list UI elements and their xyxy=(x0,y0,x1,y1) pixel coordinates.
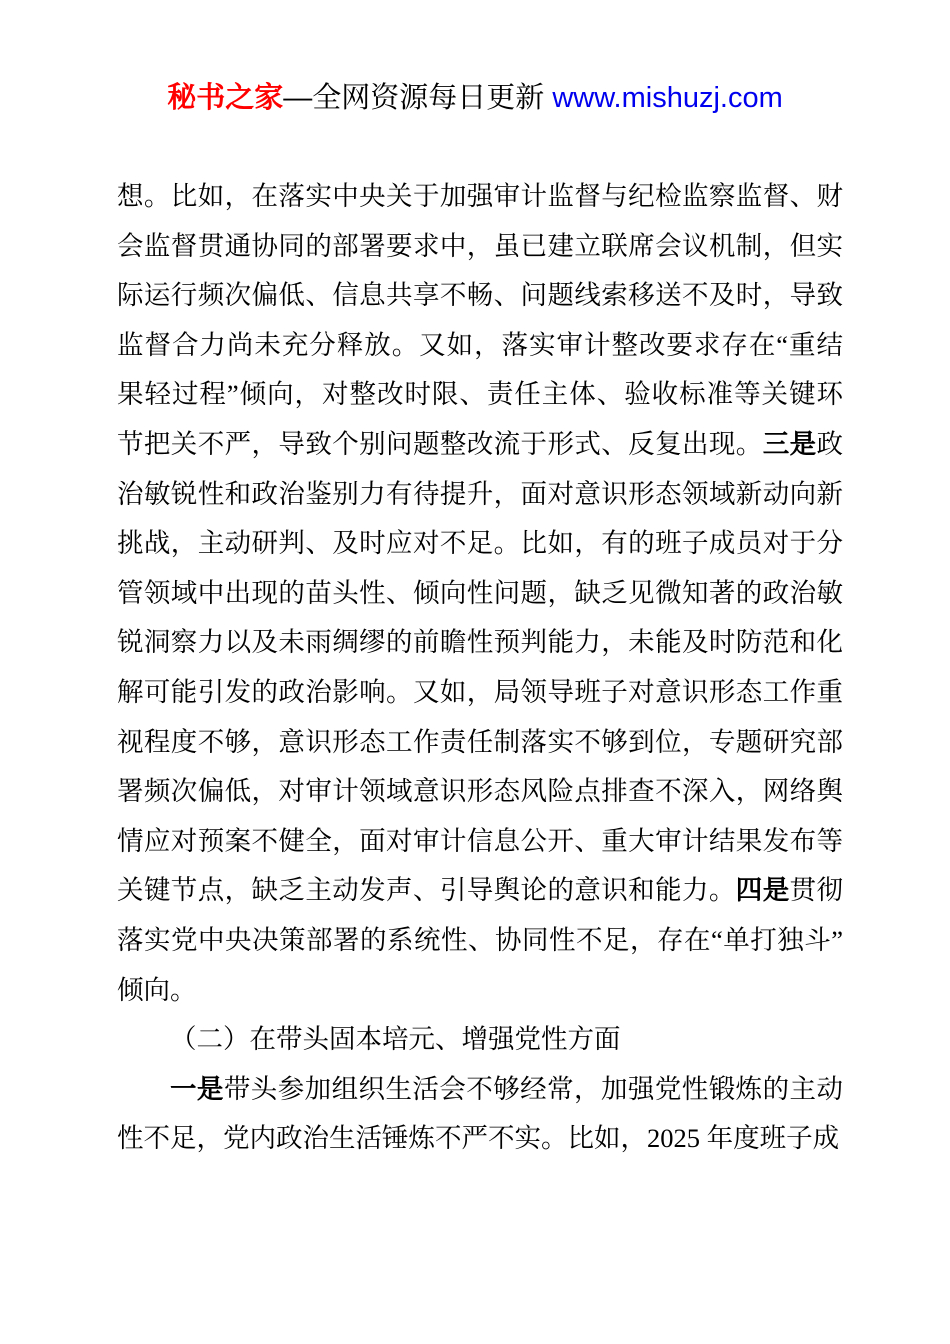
emphasis-text: 三是 xyxy=(763,429,817,459)
site-header: 秘书之家—全网资源每日更新 www.mishuzj.com xyxy=(0,0,950,117)
document-page: 秘书之家—全网资源每日更新 www.mishuzj.com 想。比如，在落实中央… xyxy=(0,0,950,1344)
document-body: 想。比如，在落实中央关于加强审计监督与纪检监察监督、财会监督贯通协同的部署要求中… xyxy=(117,172,843,1164)
body-text: 想。比如，在落实中央关于加强审计监督与纪检监察监督、财会监督贯通协同的部署要求中… xyxy=(117,181,843,459)
site-tagline: 全网资源每日更新 xyxy=(312,82,552,114)
site-url-link[interactable]: www.mishuzj.com xyxy=(552,82,782,114)
body-text: 带头参加组织生活会不够经常，加强党性锻炼的主动性不足，党内政治生活锤炼不严不实。… xyxy=(117,1074,843,1154)
body-text: （二）在带头固本培元、增强党性方面 xyxy=(170,1024,621,1054)
paragraph-3: 一是带头参加组织生活会不够经常，加强党性锻炼的主动性不足，党内政治生活锤炼不严不… xyxy=(117,1065,843,1164)
header-dash: — xyxy=(283,82,312,114)
emphasis-text: 四是 xyxy=(736,875,790,905)
paragraph-1: 想。比如，在落实中央关于加强审计监督与纪检监察监督、财会监督贯通协同的部署要求中… xyxy=(117,172,843,1015)
emphasis-text: 一是 xyxy=(170,1074,224,1104)
body-text: 政治敏锐性和政治鉴别力有待提升，面对意识形态领域新动向新挑战，主动研判、及时应对… xyxy=(117,429,843,905)
site-brand: 秘书之家 xyxy=(167,82,283,114)
paragraph-2: （二）在带头固本培元、增强党性方面 xyxy=(117,1015,843,1065)
